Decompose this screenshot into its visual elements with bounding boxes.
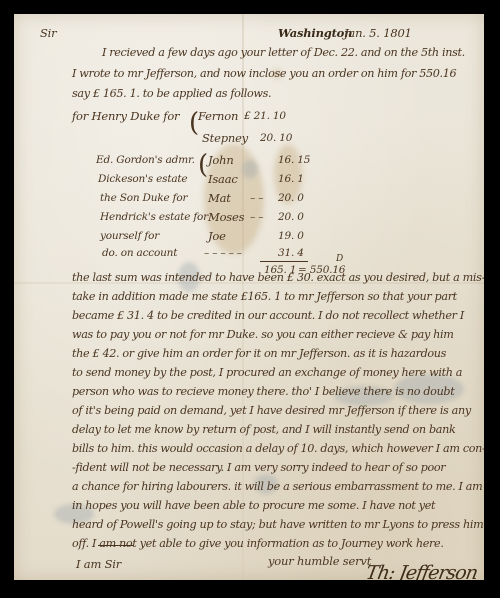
water-stain xyxy=(242,160,258,178)
document-viewer: Sir Washington Jan. 5. 1801 I recieved a… xyxy=(0,0,500,598)
ledger-name: John xyxy=(208,153,234,167)
body-line: say £ 165. 1. to be applied as follows. xyxy=(72,87,271,101)
signature: Th: Jefferson xyxy=(364,562,479,580)
body-line: person who was to recieve money there. t… xyxy=(72,385,454,399)
ledger-amount: 20. 10 xyxy=(260,131,292,145)
ledger-amount: 20. 0 xyxy=(278,210,304,224)
body-line: was to pay you or not for mr Duke. so yo… xyxy=(72,328,454,342)
ledger-payer: Ed. Gordon's admr. xyxy=(96,153,195,167)
salutation: Sir xyxy=(40,26,56,40)
body-line: delay to let me know by return of post, … xyxy=(72,423,455,437)
letter-place: Washington xyxy=(278,26,352,40)
ledger-name: Isaac xyxy=(208,172,238,186)
body-line: off. I am not yet able to give you infor… xyxy=(72,537,444,551)
ledger-payer: yourself for xyxy=(100,229,159,243)
body-line: in hopes you will have been able to proc… xyxy=(72,499,435,513)
letter-paper: Sir Washington Jan. 5. 1801 I recieved a… xyxy=(14,14,484,580)
ledger-brace: ( xyxy=(189,110,199,136)
complimentary-close: your humble servt xyxy=(268,554,371,568)
ledger-amount: 20. 0 xyxy=(278,191,304,205)
ledger-name: Fernon xyxy=(198,109,238,123)
ledger-payer: Dickeson's estate xyxy=(98,172,187,186)
ledger-amount: 16. 1 xyxy=(278,172,304,186)
ledger-dash: – – xyxy=(250,210,263,224)
ledger-payer: Hendrick's estate for xyxy=(100,210,208,224)
letter-date: Jan. 5. 1801 xyxy=(344,26,412,40)
ledger-name: Joe xyxy=(208,229,226,243)
body-line: the last sum was intended to have been £… xyxy=(72,271,484,285)
ledger-dash: – – – – – xyxy=(204,246,242,260)
body-line: to send money by the post, I procured an… xyxy=(72,366,462,380)
ledger-amount: 16. 15 xyxy=(278,153,310,167)
ledger-name: Stepney xyxy=(202,131,248,145)
ledger-amount: 19. 0 xyxy=(278,229,304,243)
body-line: I recieved a few days ago your letter of… xyxy=(102,46,465,60)
body-line: I wrote to mr Jefferson, and now inclose… xyxy=(72,67,456,81)
ledger-payer: the Son Duke for xyxy=(100,191,187,205)
ledger-name: Mat xyxy=(208,191,231,205)
body-line: the £ 42. or give him an order for it on… xyxy=(72,347,446,361)
closing: I am Sir xyxy=(76,557,121,571)
body-line: of it's being paid on demand, yet I have… xyxy=(72,404,471,418)
body-line: a chance for hiring labourers. it will b… xyxy=(72,480,482,494)
body-line: became £ 31. 4 to be credited in our acc… xyxy=(72,309,464,323)
ledger-sum-rule xyxy=(260,261,308,262)
body-line: heard of Powell's going up to stay; but … xyxy=(72,518,483,532)
ledger-payer: do. on account xyxy=(102,246,177,260)
ledger-payer: for Henry Duke for xyxy=(72,109,179,123)
body-line: take in addition made me state £165. 1 t… xyxy=(72,290,457,304)
strikethrough-mark xyxy=(98,545,134,546)
body-line: bills to him. this would occasion a dela… xyxy=(72,442,484,456)
ledger-name: Moses xyxy=(208,210,244,224)
ledger-amount: 31. 4 xyxy=(278,246,304,260)
dollar-mark: D xyxy=(336,252,343,266)
body-line: -fident will not be necessary. I am very… xyxy=(72,461,445,475)
ledger-brace: ( xyxy=(198,152,208,178)
ledger-dash: – – xyxy=(250,191,263,205)
ledger-amount: £ 21. 10 xyxy=(244,109,286,123)
